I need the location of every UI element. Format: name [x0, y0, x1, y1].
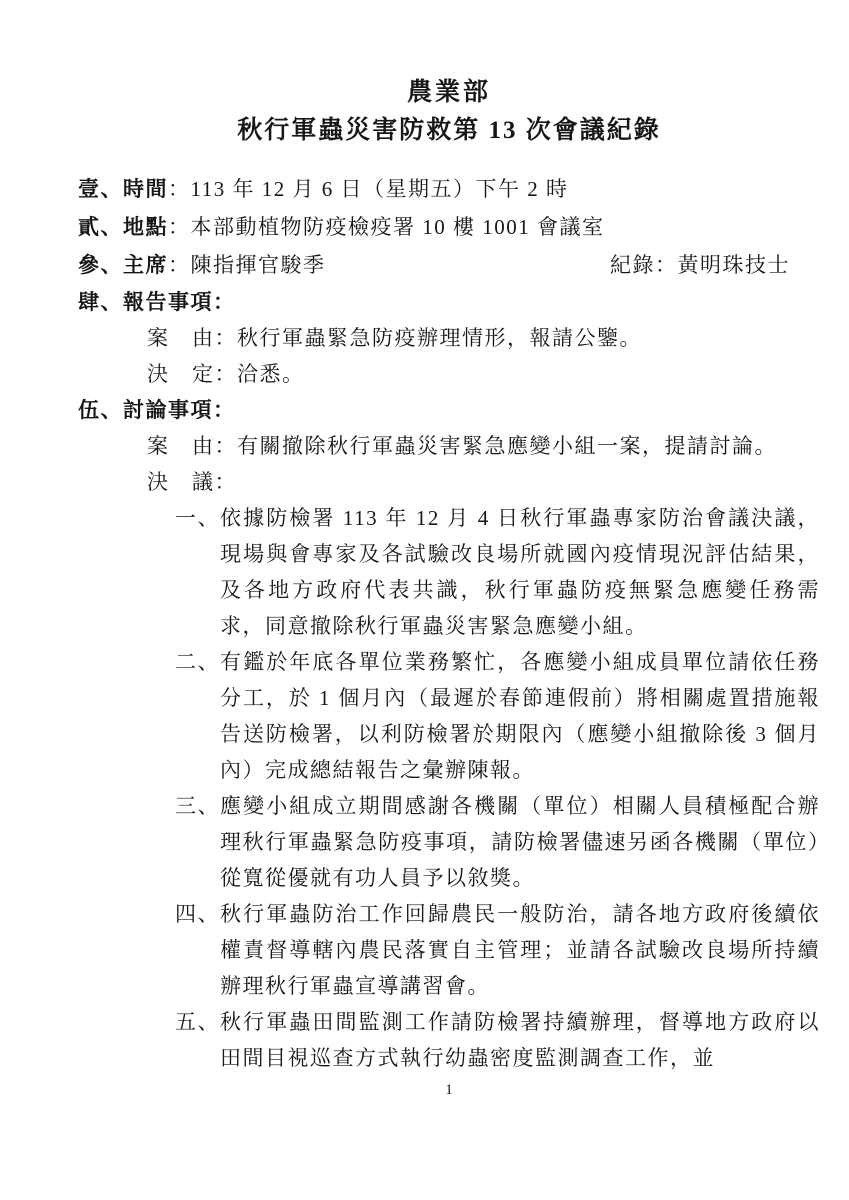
discussion-section-heading: 伍、討論事項：	[78, 392, 820, 428]
discussion-case-row: 案 由：有關撤除秋行軍蟲災害緊急應變小組一案，提請討論。	[78, 428, 820, 464]
resolution-item: 五、 秋行軍蟲田間監測工作請防檢署持續辦理，督導地方政府以田間目視巡查方式執行幼…	[175, 1004, 820, 1076]
page-number: 1	[445, 1082, 453, 1098]
resolution-item-number: 一、	[175, 500, 220, 644]
meta-chair-colon: ：	[168, 253, 191, 277]
resolution-item: 一、 依據防檢署 113 年 12 月 4 日秋行軍蟲專家防治會議決議，現場與會…	[175, 500, 820, 644]
resolution-item-number: 二、	[175, 644, 220, 788]
discussion-case-label: 案 由	[147, 434, 215, 458]
resolution-item: 三、 應變小組成立期間感謝各機關（單位）相關人員積極配合辦理秋行軍蟲緊急防疫事項…	[175, 788, 820, 896]
document-page: 農業部 秋行軍蟲災害防救第 13 次會議紀錄 壹、時間：113 年 12 月 6…	[0, 0, 849, 1200]
meta-place-value: 本部動植物防疫檢疫署 10 樓 1001 會議室	[191, 215, 605, 239]
meta-chair-group: 參、主席：陳指揮官駿季	[78, 246, 326, 284]
meta-time-value: 113 年 12 月 6 日（星期五）下午 2 時	[191, 177, 569, 201]
resolution-item-number: 五、	[175, 1004, 220, 1076]
meta-chair-value: 陳指揮官駿季	[191, 253, 326, 277]
meta-chair-label: 參、主席	[78, 253, 168, 277]
resolution-item-text: 應變小組成立期間感謝各機關（單位）相關人員積極配合辦理秋行軍蟲緊急防疫事項，請防…	[220, 788, 820, 896]
resolution-item-text: 有鑑於年底各單位業務繁忙，各應變小組成員單位請依任務分工，於 1 個月內（最遲於…	[220, 644, 820, 788]
meta-time-row: 壹、時間：113 年 12 月 6 日（星期五）下午 2 時	[78, 170, 820, 208]
meta-time-label: 壹、時間	[78, 177, 168, 201]
report-decision-row: 決 定：洽悉。	[78, 356, 820, 392]
resolution-item: 四、 秋行軍蟲防治工作回歸農民一般防治，請各地方政府後續依權責督導轄內農民落實自…	[175, 896, 820, 1004]
report-decision-value: 洽悉。	[237, 362, 305, 386]
report-case-label: 案 由	[147, 326, 215, 350]
resolution-item-text: 秋行軍蟲田間監測工作請防檢署持續辦理，督導地方政府以田間目視巡查方式執行幼蟲密度…	[220, 1004, 820, 1076]
discussion-case-colon: ：	[215, 434, 238, 458]
resolution-item-number: 四、	[175, 896, 220, 1004]
resolution-item: 二、 有鑑於年底各單位業務繁忙，各應變小組成員單位請依任務分工，於 1 個月內（…	[175, 644, 820, 788]
report-case-colon: ：	[215, 326, 238, 350]
meta-chair-row: 參、主席：陳指揮官駿季 紀錄：黃明珠技士	[78, 246, 820, 284]
meta-time-colon: ：	[168, 177, 191, 201]
document-header: 農業部 秋行軍蟲災害防救第 13 次會議紀錄	[78, 74, 820, 150]
discussion-resolution-colon: ：	[215, 470, 238, 494]
meta-recorder-colon: ：	[655, 253, 678, 277]
meeting-meta: 壹、時間：113 年 12 月 6 日（星期五）下午 2 時 貳、地點：本部動植…	[78, 170, 820, 284]
meta-recorder-label: 紀錄	[610, 253, 655, 277]
document-body: 肆、報告事項： 案 由：秋行軍蟲緊急防疫辦理情形，報請公鑒。 決 定：洽悉。 伍…	[78, 284, 820, 1076]
org-title: 農業部	[78, 74, 820, 112]
meta-recorder-value: 黃明珠技士	[678, 253, 791, 277]
meta-place-colon: ：	[168, 215, 191, 239]
resolution-item-number: 三、	[175, 788, 220, 896]
discussion-resolution-label: 決 議	[147, 470, 215, 494]
report-decision-colon: ：	[215, 362, 238, 386]
doc-title: 秋行軍蟲災害防救第 13 次會議紀錄	[78, 112, 820, 150]
meta-recorder-group: 紀錄：黃明珠技士	[610, 246, 790, 284]
report-case-row: 案 由：秋行軍蟲緊急防疫辦理情形，報請公鑒。	[78, 320, 820, 356]
meta-place-row: 貳、地點：本部動植物防疫檢疫署 10 樓 1001 會議室	[78, 208, 820, 246]
report-section-heading: 肆、報告事項：	[78, 284, 820, 320]
resolution-item-text: 秋行軍蟲防治工作回歸農民一般防治，請各地方政府後續依權責督導轄內農民落實自主管理…	[220, 896, 820, 1004]
resolution-item-text: 依據防檢署 113 年 12 月 4 日秋行軍蟲專家防治會議決議，現場與會專家及…	[220, 500, 820, 644]
page-footer: 1	[78, 1078, 820, 1102]
discussion-case-value: 有關撤除秋行軍蟲災害緊急應變小組一案，提請討論。	[237, 434, 777, 458]
report-case-value: 秋行軍蟲緊急防疫辦理情形，報請公鑒。	[237, 326, 642, 350]
discussion-resolution-row: 決 議：	[78, 464, 820, 500]
report-decision-label: 決 定	[147, 362, 215, 386]
meta-place-label: 貳、地點	[78, 215, 168, 239]
